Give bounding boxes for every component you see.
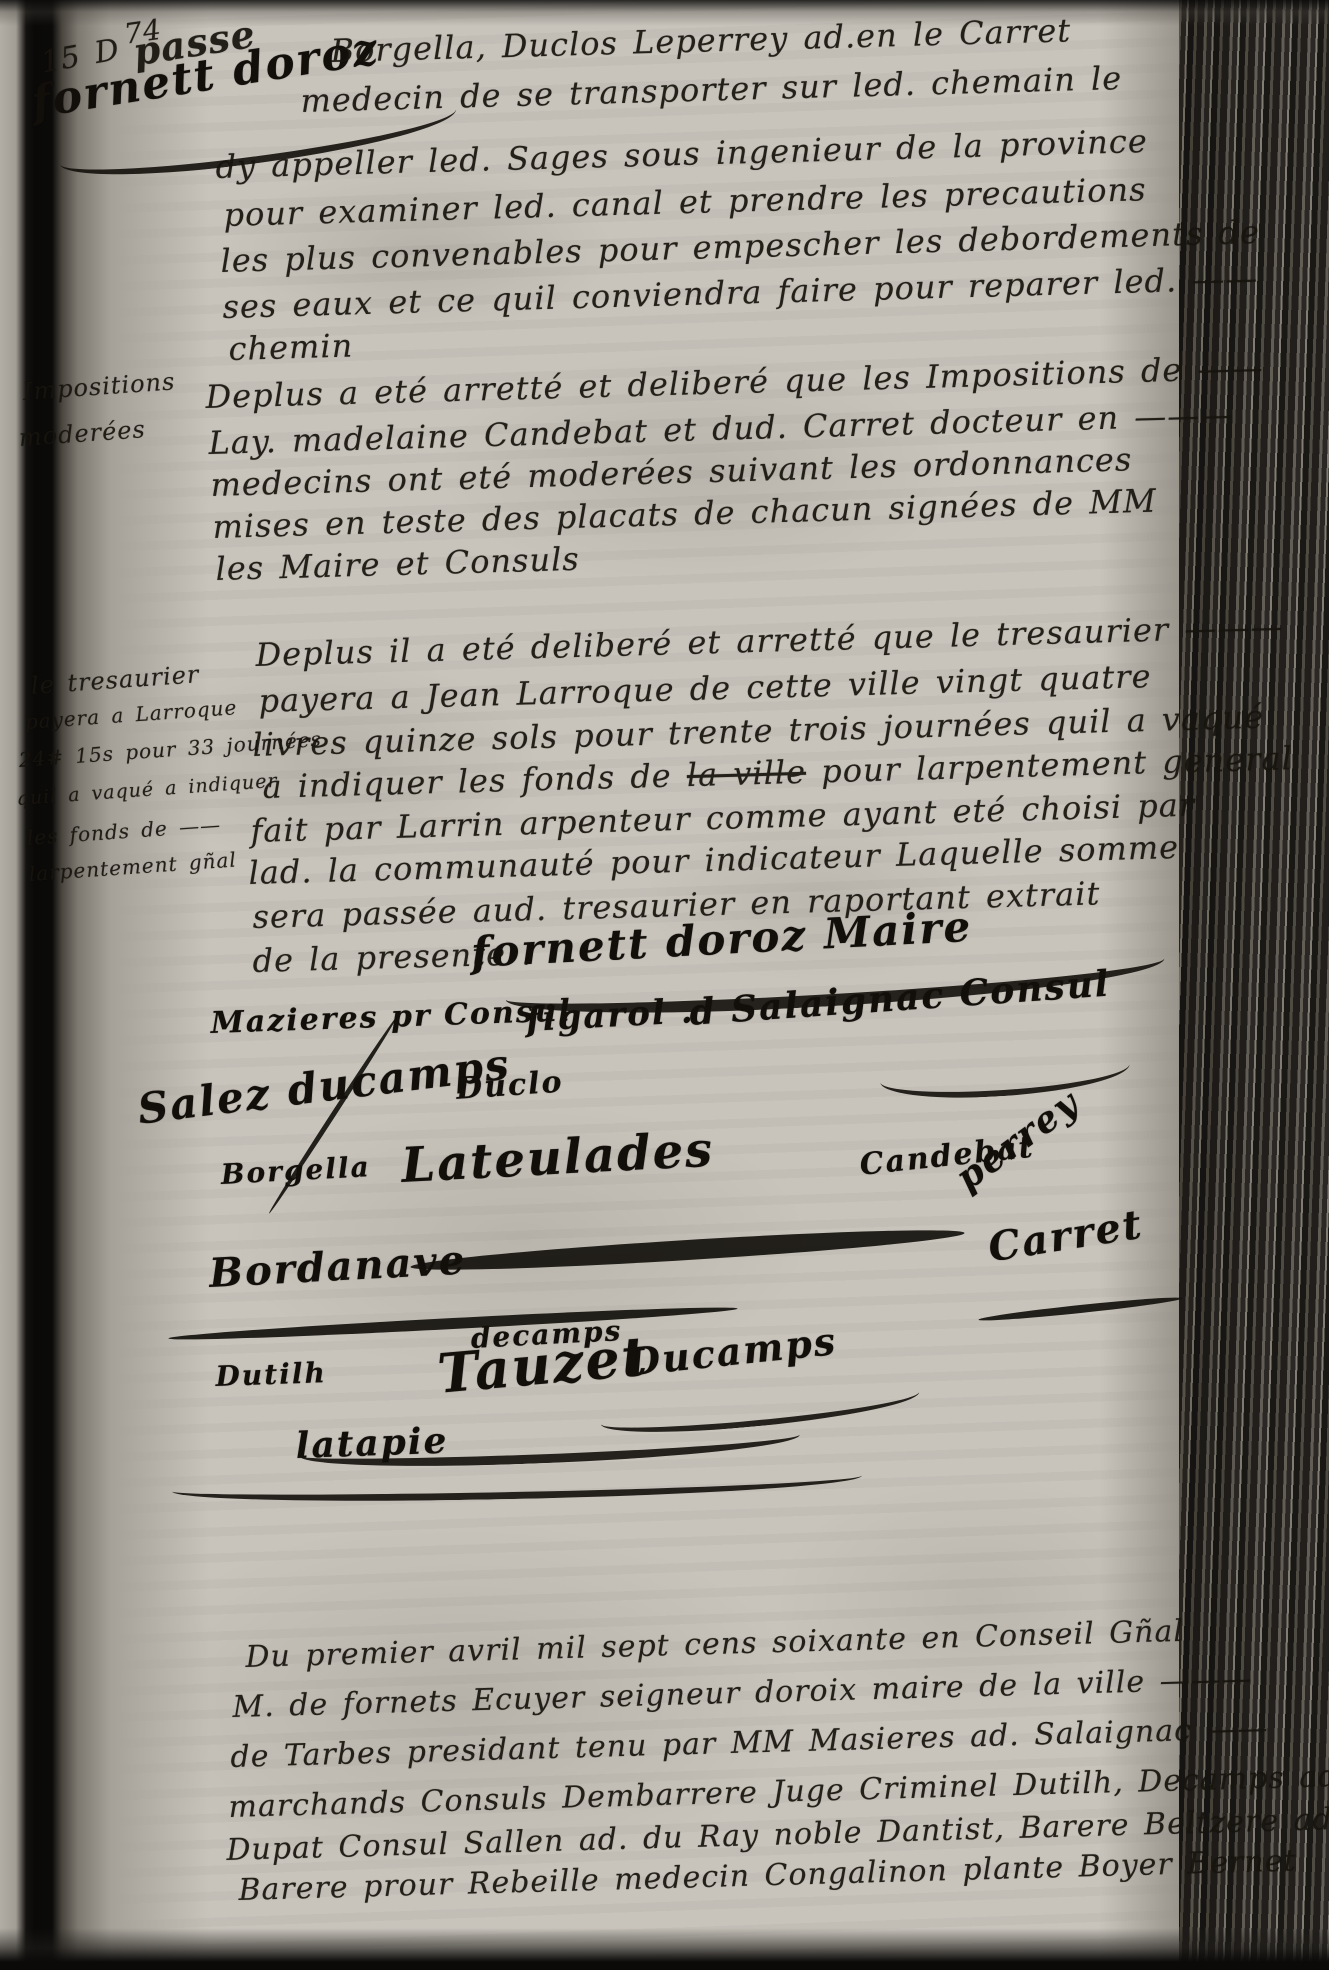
manuscript-line: chemin [228, 327, 354, 368]
lateulade-ink-stroke [410, 1223, 965, 1277]
signature-figarol: figarol . [525, 991, 695, 1040]
latapie-flourish [172, 1462, 862, 1505]
manuscript-line: Du premier avril mil sept cens soixante … [245, 1614, 1184, 1675]
signature-duclo: Duclo [455, 1065, 565, 1107]
signature-lateulade: Lateulades [400, 1122, 715, 1194]
signature-borgella: Borgella [220, 1150, 371, 1191]
book-gutter-shadow [0, 0, 210, 1970]
signature-mazieres: Mazieres pr Consul [210, 993, 572, 1041]
signature-ducamps: Ducamps [625, 1318, 839, 1385]
signature-tauzet: Tauzet [435, 1324, 651, 1406]
signature-dutilh: Dutilh [215, 1356, 327, 1393]
salaignac-flourish [879, 1043, 1131, 1102]
signature-latapie: latapie [295, 1420, 449, 1467]
line-part: a indiquer les fonds de [262, 756, 687, 806]
manuscript-line: les Maire et Consuls [215, 540, 580, 588]
struck-words: la ville [686, 753, 806, 794]
scan-bottom-edge [0, 1928, 1329, 1970]
manuscript-page-scan: 74 15 D passe fornett doroz Borgella, Du… [0, 0, 1329, 1970]
manuscript-line: medecin de se transporter sur led. chema… [300, 59, 1123, 120]
signature-bordanave: Bordanave [208, 1237, 467, 1297]
